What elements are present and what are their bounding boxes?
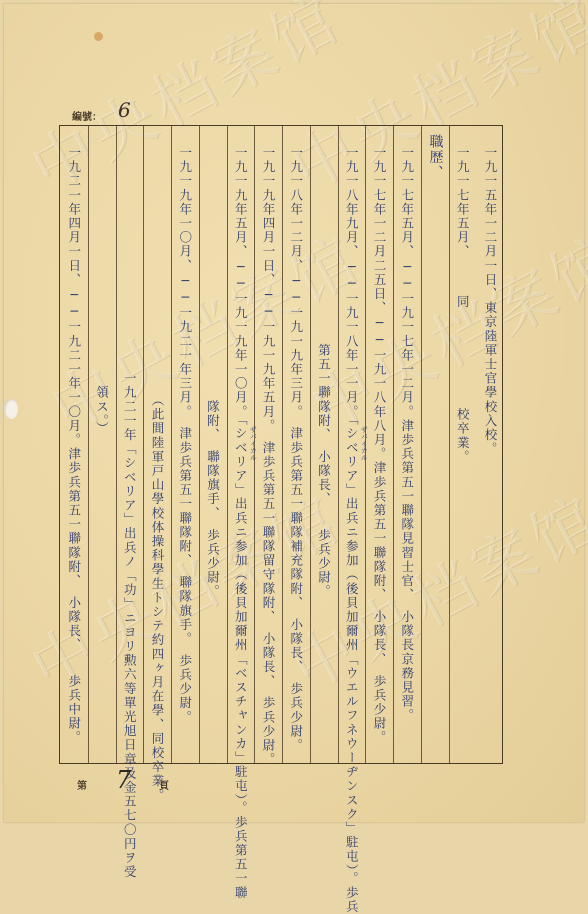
page-prefix: 第: [77, 777, 87, 792]
table-column: 一九一八年一二月、──一九一九年三月。 津歩兵第五一聯隊補充隊附、 小隊長、 歩…: [282, 126, 310, 763]
table-column: 一九一五年一二月一日、東京陸軍士官學校入校。: [476, 126, 504, 763]
career-entry: 一九一五年一二月一日、東京陸軍士官學校入校。: [476, 146, 504, 456]
stain-spot: [94, 32, 103, 41]
table-column: 一九一九年一〇月、──一九二一年三月。 津歩兵第五一聯隊附、 聯隊旗手。 歩兵少…: [171, 126, 199, 763]
career-entry: 一九一九年五月、──一九一九年一〇月。「シベリア」出兵ニ参加（後貝加爾州「ベスチ…: [228, 146, 255, 825]
document-page: 中央档案馆 中央档案馆 中央档案馆 中央档案馆 中央档案馆 中央档案馆 編號： …: [4, 4, 584, 822]
table-column: 一九一九年四月一日、──一九一九年五月。 津歩兵第五一聯隊留守隊附、 小隊長、 …: [254, 126, 282, 763]
career-entry: 一九二一年「シベリア」出兵ノ「功」ニヨリ勲六等單光旭日章及金五七〇円ヲ受: [117, 146, 144, 825]
serial-number: 6: [118, 98, 131, 122]
furigana-annotation: ザバイカル: [359, 426, 369, 461]
career-entry: 第五一聯隊附、 小隊長、 歩兵少尉。: [311, 146, 338, 599]
table-column: （此間陸軍戸山學校体操科學生トシテ約四ヶ月在學、同校卒業。: [143, 126, 171, 763]
career-entry: 一九二一年四月一日、──一九二一年一〇月。津歩兵第五一聯隊附、 小隊長、 歩兵中…: [60, 146, 88, 745]
career-entry: 隊附、 聯隊旗手、 歩兵少尉。: [200, 146, 227, 599]
table-column: 隊附、 聯隊旗手、 歩兵少尉。: [199, 126, 227, 763]
furigana-annotation: ザバイカル: [248, 426, 258, 461]
table-column: 一九一七年五月、 同 校卒業。: [449, 126, 477, 763]
table-column: 一九一七年一二月二五日、──一九一八年八月。津歩兵第五一聯隊附、 小隊長、 歩兵…: [365, 126, 393, 763]
career-entry: 一九一七年五月、 同 校卒業。: [450, 146, 477, 464]
serial-label: 編號：: [72, 108, 102, 123]
page-number: 7: [116, 766, 131, 794]
career-entry: 一九一八年一二月、──一九一九年三月。 津歩兵第五一聯隊補充隊附、 小隊長、 歩…: [283, 146, 310, 753]
career-entry: 一九一八年九月、──一九一八年一一月。「シベリア」出兵ニ参加（後貝加爾州「ウエル…: [339, 146, 366, 825]
career-entry: 一九一七年一二月二五日、──一九一八年八月。津歩兵第五一聯隊附、 小隊長、 歩兵…: [366, 146, 393, 745]
table-column: 一九二一年「シベリア」出兵ノ「功」ニヨリ勲六等單光旭日章及金五七〇円ヲ受: [116, 126, 144, 763]
career-entry: （此間陸軍戸山學校体操科學生トシテ約四ヶ月在學、同校卒業。: [144, 146, 171, 802]
table-column: 領ス。）: [88, 126, 116, 763]
career-entry: 一九一九年一〇月、──一九二一年三月。 津歩兵第五一聯隊附、 聯隊旗手。 歩兵少…: [172, 146, 199, 724]
punch-hole: [4, 399, 18, 419]
table-column: 一九一七年五月、──一九一七年一二月。津歩兵第五一聯隊見習士官、 小隊長京務見習…: [393, 126, 421, 763]
table-column: 職歴、: [421, 126, 449, 763]
table-column: 第五一聯隊附、 小隊長、 歩兵少尉。: [310, 126, 338, 763]
career-entry: 領ス。）: [89, 146, 116, 436]
career-entry: 一九一九年四月一日、──一九一九年五月。 津歩兵第五一聯隊留守隊附、 小隊長、 …: [255, 146, 282, 767]
career-entry: 一九一七年五月、──一九一七年一二月。津歩兵第五一聯隊見習士官、 小隊長京務見習…: [394, 146, 421, 723]
section-heading: 職歴、: [422, 134, 449, 181]
page-suffix: 頁: [159, 777, 169, 792]
table-column: 一九二一年四月一日、──一九二一年一〇月。津歩兵第五一聯隊附、 小隊長、 歩兵中…: [60, 126, 88, 763]
ruled-table: 一九一五年一二月一日、東京陸軍士官學校入校。一九一七年五月、 同 校卒業。職歴、…: [59, 125, 503, 764]
